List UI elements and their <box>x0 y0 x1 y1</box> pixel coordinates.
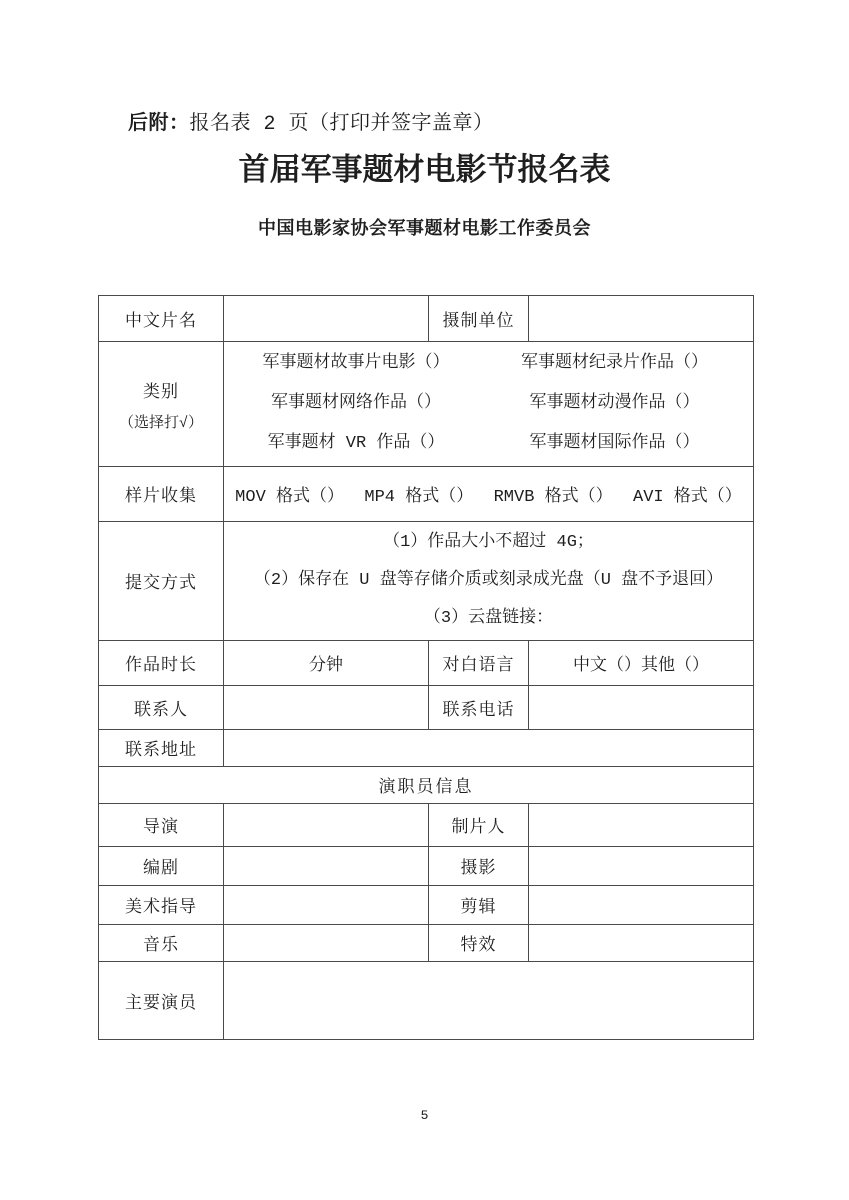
duration-field[interactable]: 分钟 <box>224 641 429 686</box>
category-option: 军事题材 VR 作品（） <box>230 424 482 464</box>
contact-phone-label: 联系电话 <box>429 686 529 730</box>
category-sublabel: （选择打√） <box>105 411 217 432</box>
director-field[interactable] <box>224 804 429 847</box>
category-options-line: 军事题材故事片电影（）军事题材纪录片作品（） <box>230 344 747 384</box>
category-option: 军事题材网络作品（） <box>230 384 482 424</box>
duration-label: 作品时长 <box>99 641 224 686</box>
art-director-field[interactable] <box>224 886 429 925</box>
editing-label: 剪辑 <box>429 886 529 925</box>
submission-method-row: 提交方式 （1）作品大小不超过 4G； （2）保存在 U 盘等存储介质或刻录成光… <box>99 522 754 641</box>
film-title-row: 中文片名 摄制单位 <box>99 296 754 342</box>
duration-row: 作品时长 分钟 对白语言 中文（）其他（） <box>99 641 754 686</box>
submission-item: （2）保存在 U 盘等存储介质或刻录成光盘（U 盘不予退回） <box>230 562 747 600</box>
production-unit-field[interactable] <box>529 296 754 342</box>
category-options-line: 军事题材网络作品（）军事题材动漫作品（） <box>230 384 747 424</box>
dialogue-language-options: 中文（）其他（） <box>529 641 754 686</box>
registration-form-table: 中文片名 摄制单位 类别 （选择打√） 军事题材故事片电影（）军事题材纪录片作品… <box>98 295 754 1040</box>
submission-item: （1）作品大小不超过 4G； <box>230 524 747 562</box>
category-label-text: 类别 <box>105 377 217 403</box>
screenwriter-field[interactable] <box>224 847 429 886</box>
submission-method-label: 提交方式 <box>99 522 224 641</box>
crew-row: 编剧 摄影 <box>99 847 754 886</box>
crew-section-row: 演职员信息 <box>99 767 754 804</box>
category-option: 军事题材国际作品（） <box>482 424 747 464</box>
chinese-title-field[interactable] <box>224 296 429 342</box>
category-option: 军事题材动漫作品（） <box>482 384 747 424</box>
sample-collection-label: 样片收集 <box>99 467 224 522</box>
category-options-cell: 军事题材故事片电影（）军事题材纪录片作品（） 军事题材网络作品（）军事题材动漫作… <box>224 342 754 467</box>
editing-field[interactable] <box>529 886 754 925</box>
contact-row: 联系人 联系电话 <box>99 686 754 730</box>
page-number: 5 <box>0 1108 849 1123</box>
chinese-title-label: 中文片名 <box>99 296 224 342</box>
dialogue-language-label: 对白语言 <box>429 641 529 686</box>
vfx-label: 特效 <box>429 925 529 962</box>
contact-phone-field[interactable] <box>529 686 754 730</box>
category-option: 军事题材故事片电影（） <box>230 344 482 384</box>
main-cast-field[interactable] <box>224 962 754 1040</box>
category-label: 类别 （选择打√） <box>99 342 224 467</box>
document-page: { "page": { "note_prefix": "后附：", "note_… <box>0 0 849 1200</box>
crew-row: 美术指导 剪辑 <box>99 886 754 925</box>
art-director-label: 美术指导 <box>99 886 224 925</box>
submission-method-cell: （1）作品大小不超过 4G； （2）保存在 U 盘等存储介质或刻录成光盘（U 盘… <box>224 522 754 641</box>
vfx-field[interactable] <box>529 925 754 962</box>
production-unit-label: 摄制单位 <box>429 296 529 342</box>
director-label: 导演 <box>99 804 224 847</box>
music-field[interactable] <box>224 925 429 962</box>
attachment-note-text: 报名表 2 页（打印并签字盖章） <box>190 113 494 136</box>
page-title: 首届军事题材电影节报名表 <box>0 144 849 190</box>
sample-format-options: MOV 格式（） MP4 格式（） RMVB 格式（） AVI 格式（） <box>224 467 754 522</box>
crew-row: 导演 制片人 <box>99 804 754 847</box>
submission-item: （3）云盘链接： <box>230 600 747 638</box>
cinematography-label: 摄影 <box>429 847 529 886</box>
contact-person-field[interactable] <box>224 686 429 730</box>
producer-label: 制片人 <box>429 804 529 847</box>
music-label: 音乐 <box>99 925 224 962</box>
producer-field[interactable] <box>529 804 754 847</box>
crew-section-header: 演职员信息 <box>99 767 754 804</box>
contact-address-label: 联系地址 <box>99 730 224 767</box>
attachment-note: 后附：报名表 2 页（打印并签字盖章） <box>128 106 494 136</box>
main-cast-label: 主要演员 <box>99 962 224 1040</box>
main-cast-row: 主要演员 <box>99 962 754 1040</box>
cinematography-field[interactable] <box>529 847 754 886</box>
address-row: 联系地址 <box>99 730 754 767</box>
page-subtitle: 中国电影家协会军事题材电影工作委员会 <box>0 214 849 240</box>
category-option: 军事题材纪录片作品（） <box>482 344 747 384</box>
screenwriter-label: 编剧 <box>99 847 224 886</box>
sample-format-row: 样片收集 MOV 格式（） MP4 格式（） RMVB 格式（） AVI 格式（… <box>99 467 754 522</box>
contact-address-field[interactable] <box>224 730 754 767</box>
attachment-note-prefix: 后附： <box>128 113 190 136</box>
crew-row: 音乐 特效 <box>99 925 754 962</box>
contact-person-label: 联系人 <box>99 686 224 730</box>
category-options-line: 军事题材 VR 作品（）军事题材国际作品（） <box>230 424 747 464</box>
category-row: 类别 （选择打√） 军事题材故事片电影（）军事题材纪录片作品（） 军事题材网络作… <box>99 342 754 467</box>
